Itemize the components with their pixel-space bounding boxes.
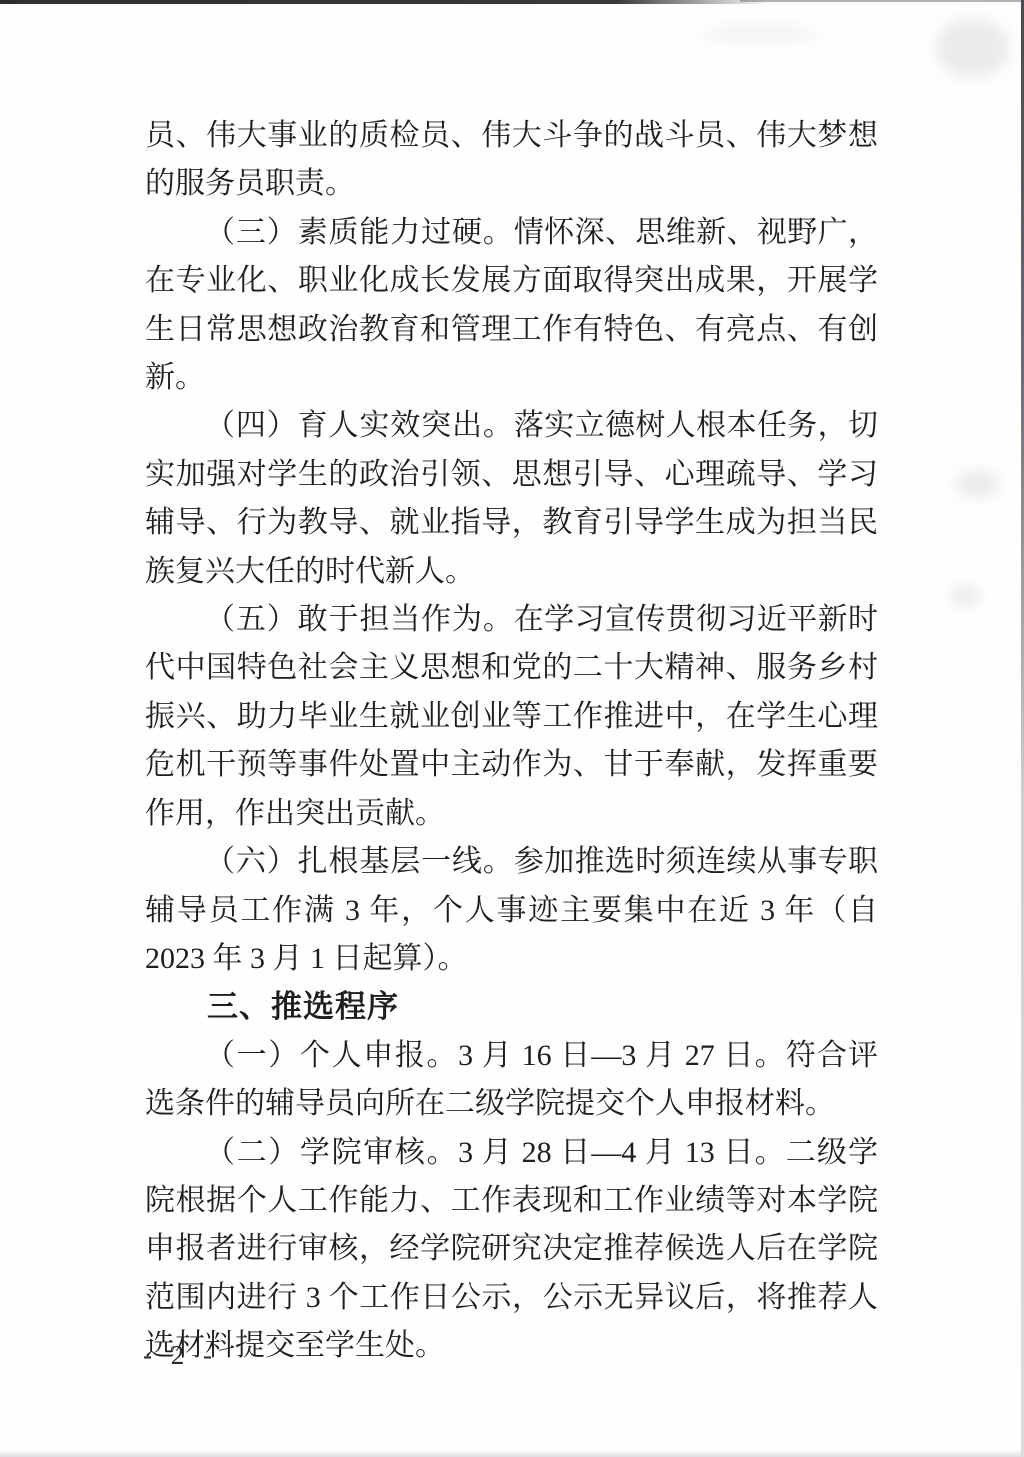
- scan-noise-smudge: [700, 25, 820, 43]
- paragraph: 员、伟大事业的质检员、伟大斗争的战斗员、伟大梦想的服务员职责。: [145, 112, 878, 209]
- item-lead: （一）个人申报。: [205, 1039, 458, 1072]
- scan-artifact-bottom-edge: [0, 1450, 1024, 1457]
- scan-noise-smudge: [950, 585, 980, 607]
- paragraph: （二）学院审核。3 月 28 日—4 月 13 日。二级学院根据个人工作能力、工…: [145, 1129, 878, 1371]
- document-body: 员、伟大事业的质检员、伟大斗争的战斗员、伟大梦想的服务员职责。（三）素质能力过硬…: [145, 112, 878, 1371]
- paragraph: （六）扎根基层一线。参加推选时须连续从事专职辅导员工作满 3 年，个人事迹主要集…: [145, 838, 878, 983]
- page-number: - 2 -: [143, 1340, 218, 1371]
- scan-artifact-top-edge: [0, 0, 770, 4]
- document-page: 员、伟大事业的质检员、伟大斗争的战斗员、伟大梦想的服务员职责。（三）素质能力过硬…: [0, 0, 1024, 1457]
- paragraph: （五）敢于担当作为。在学习宣传贯彻习近平新时代中国特色社会主义思想和党的二十大精…: [145, 596, 878, 838]
- paragraph: （四）育人实效突出。落实立德树人根本任务，切实加强对学生的政治引领、思想引导、心…: [145, 402, 878, 596]
- section-heading: 三、推选程序: [145, 983, 878, 1031]
- item-lead: （四）育人实效突出。: [205, 409, 514, 442]
- item-text: 员、伟大事业的质检员、伟大斗争的战斗员、伟大梦想的服务员职责。: [145, 119, 878, 200]
- scan-noise-smudge: [935, 18, 1010, 78]
- item-lead: （三）素质能力过硬。: [205, 216, 514, 249]
- item-lead: （六）扎根基层一线。: [205, 845, 514, 878]
- paragraph: （一）个人申报。3 月 16 日—3 月 27 日。符合评选条件的辅导员向所在二…: [145, 1032, 878, 1129]
- item-lead: （五）敢于担当作为。: [205, 603, 514, 636]
- scan-artifact-top-edge-faint: [740, 0, 1024, 2]
- scan-noise-smudge: [955, 470, 1000, 498]
- item-text: 3 月 28 日—4 月 13 日。二级学院根据个人工作能力、工作表现和工作业绩…: [145, 1136, 878, 1363]
- item-lead: （二）学院审核。: [205, 1136, 458, 1169]
- paragraph: （三）素质能力过硬。情怀深、思维新、视野广，在专业化、职业化成长发展方面取得突出…: [145, 209, 878, 403]
- item-text: 在学习宣传贯彻习近平新时代中国特色社会主义思想和党的二十大精神、服务乡村振兴、助…: [145, 603, 878, 830]
